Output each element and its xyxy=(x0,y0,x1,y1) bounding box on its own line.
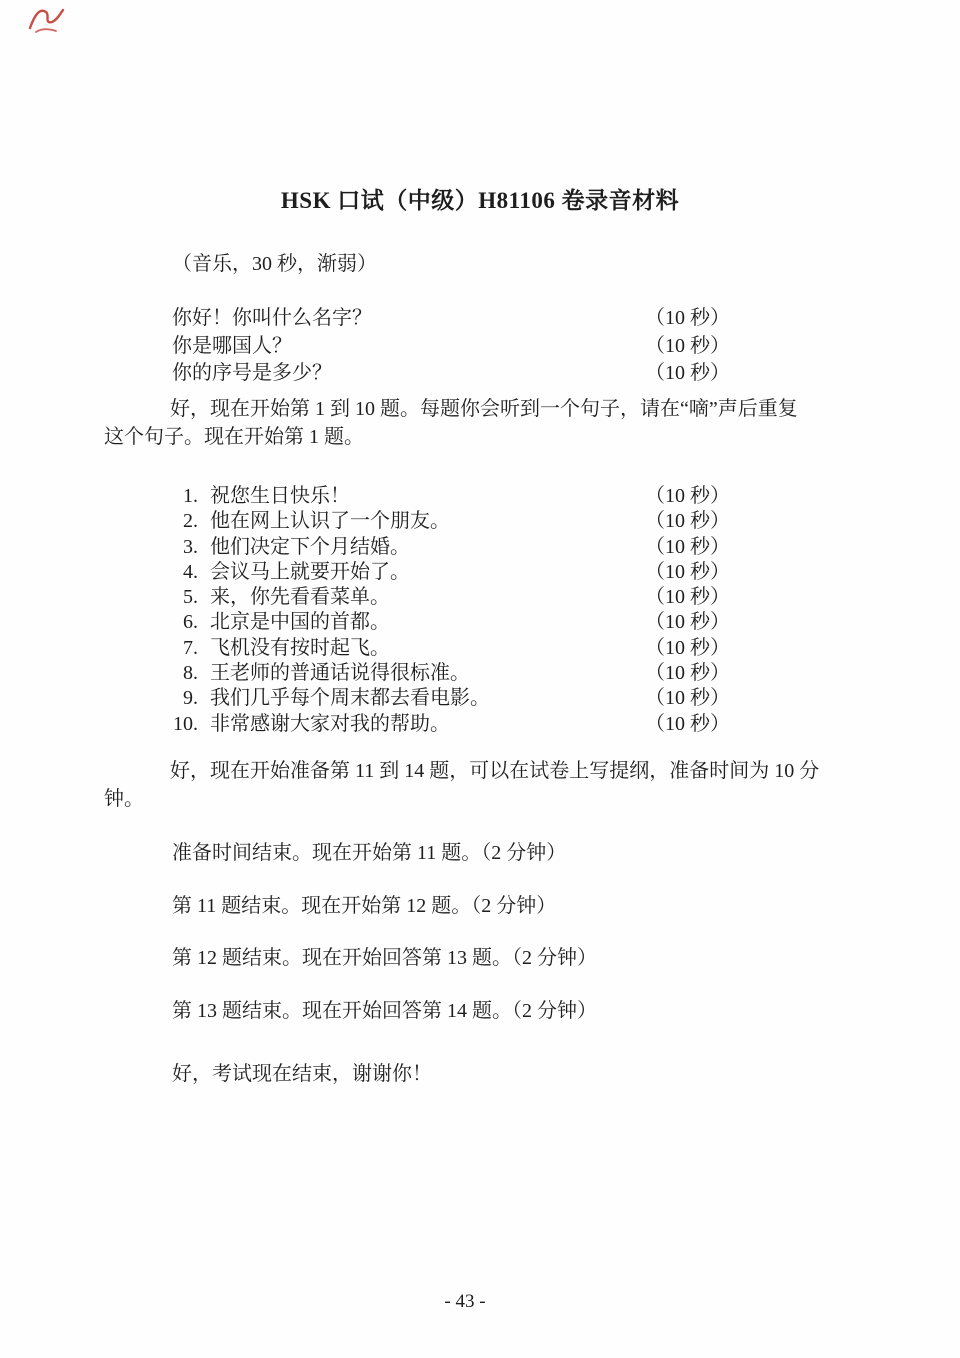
paragraph-line: 钟。 xyxy=(104,786,864,814)
list-item: 7.飞机没有按时起飞。 （10 秒） xyxy=(0,631,740,656)
list-item: 8.王老师的普通话说得很标准。 （10 秒） xyxy=(0,656,740,681)
section1-intro-paragraph: 好，现在开始第 1 到 10 题。每题你会听到一个句子，请在“嘀”声后重复 这个… xyxy=(104,396,864,451)
list-item: 10.非常感谢大家对我的帮助。 （10 秒） xyxy=(0,707,740,732)
list-item: 6.北京是中国的首都。 （10 秒） xyxy=(0,605,740,630)
item-number: 10. xyxy=(0,713,198,736)
paragraph-line: 好，现在开始第 1 到 10 题。每题你会听到一个句子，请在“嘀”声后重复 xyxy=(104,396,864,424)
list-item: 1.祝您生日快乐！ （10 秒） xyxy=(0,479,740,504)
list-item: 5.来，你先看看菜单。 （10 秒） xyxy=(0,580,740,605)
timed-line: 第 11 题结束。现在开始第 12 题。（2 分钟） xyxy=(172,889,772,910)
question-row: 你好！你叫什么名字？ （10 秒） xyxy=(172,301,732,329)
list-item: 3.他们决定下个月结婚。 （10 秒） xyxy=(0,530,740,555)
red-pen-mark xyxy=(26,4,66,36)
timed-line: 第 12 题结束。现在开始回答第 13 题。（2 分钟） xyxy=(172,941,772,962)
section2-intro-paragraph: 好，现在开始准备第 11 到 14 题，可以在试卷上写提纲，准备时间为 10 分… xyxy=(104,758,864,813)
timed-announcements: 准备时间结束。现在开始第 11 题。（2 分钟） 第 11 题结束。现在开始第 … xyxy=(172,836,772,1046)
question-row: 你的序号是多少？ （10 秒） xyxy=(172,356,732,384)
page-number: - 43 - xyxy=(0,1291,930,1313)
question-text: 你是哪国人？ xyxy=(172,335,292,357)
paragraph-line: 好，现在开始准备第 11 到 14 题，可以在试卷上写提纲，准备时间为 10 分 xyxy=(104,758,864,786)
timed-line: 第 13 题结束。现在开始回答第 14 题。（2 分钟） xyxy=(172,994,772,1015)
item-time: （10 秒） xyxy=(645,707,730,736)
question-time: （10 秒） xyxy=(645,356,730,385)
timed-line: 准备时间结束。现在开始第 11 题。（2 分钟） xyxy=(172,836,772,857)
question-text: 你的序号是多少？ xyxy=(172,362,332,384)
paragraph-line: 这个句子。现在开始第 1 题。 xyxy=(104,424,864,452)
document-title: HSK 口试（中级）H81106 卷录音材料 xyxy=(9,182,951,215)
music-cue: （音乐，30 秒，渐弱） xyxy=(172,247,377,276)
list-item: 2.他在网上认识了一个朋友。 （10 秒） xyxy=(0,504,740,529)
question-text: 你好！你叫什么名字？ xyxy=(172,307,372,329)
list-item: 9.我们几乎每个周末都去看电影。 （10 秒） xyxy=(0,681,740,706)
question-time: （10 秒） xyxy=(645,301,730,330)
scanned-document-page: HSK 口试（中级）H81106 卷录音材料 （音乐，30 秒，渐弱） 你好！你… xyxy=(0,0,960,1358)
item-text: 非常感谢大家对我的帮助。 xyxy=(210,713,450,735)
closing-line: 好，考试现在结束，谢谢你！ xyxy=(172,1057,432,1086)
question-time: （10 秒） xyxy=(645,329,730,358)
sentence-list: 1.祝您生日快乐！ （10 秒） 2.他在网上认识了一个朋友。 （10 秒） 3… xyxy=(0,479,740,732)
list-item: 4.会议马上就要开始了。 （10 秒） xyxy=(0,555,740,580)
intro-questions: 你好！你叫什么名字？ （10 秒） 你是哪国人？ （10 秒） 你的序号是多少？… xyxy=(172,301,732,384)
question-row: 你是哪国人？ （10 秒） xyxy=(172,329,732,357)
